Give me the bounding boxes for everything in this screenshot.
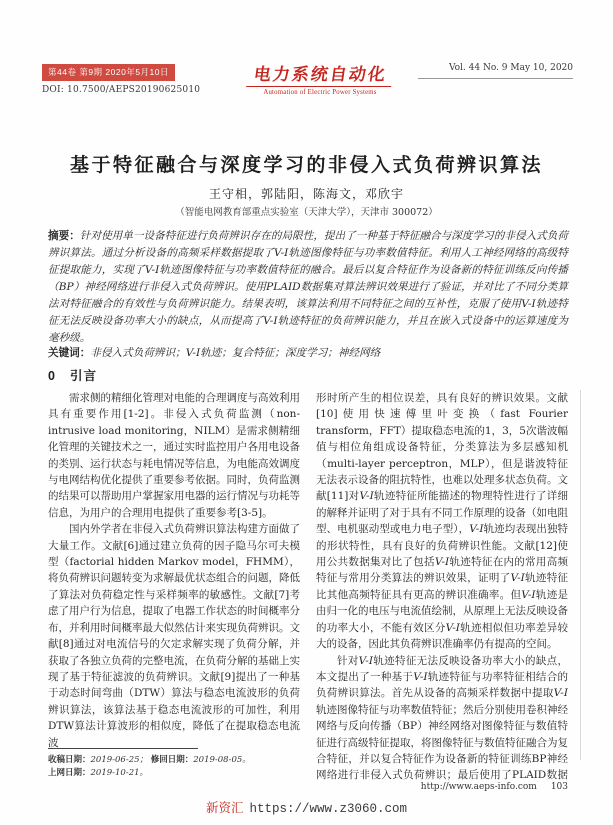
paper-page: 第44卷 第9期 2020年5月10日 DOI: 10.7500/AEPS201… [0,0,613,825]
online-label: 上网日期： [48,768,91,778]
section-number: 0 [48,369,56,383]
section-heading-intro: 0引言 [48,366,97,384]
volume-info: Vol. 44 No. 9 May 10, 2020 [418,63,573,79]
received-label: 收稿日期： [48,755,91,765]
watermark-brand: 新资汇 [206,800,244,815]
keywords-block: 关键词：非侵入式负荷辨识；V-I轨迹；复合特征；深度学习；神经网络 [48,345,568,360]
journal-name-en: Automation of Electric Power Systems [227,89,413,96]
paragraph: 国内外学者在非侵入式负荷辨识算法构建方面做了大量工作。文献[6]通过建立负荷的因… [48,521,300,750]
page-number: 103 [551,782,568,792]
paper-title: 基于特征融合与深度学习的非侵入式负荷辨识算法 [0,150,613,177]
issue-badge: 第44卷 第9期 2020年5月10日 [42,64,175,81]
footnote-dates-line2: 上网日期：2019-10-21。 [48,767,300,780]
online-date: 2019-10-21。 [91,768,149,778]
footnote-rule [48,748,198,749]
right-column: 形时所产生的相位误差，具有良好的辨识效果。文献[10]使用快速傅里叶变换（fas… [316,390,568,785]
scan-edge-line [580,390,581,760]
watermark-url: https://www.z3060.com [249,802,407,816]
journal-header: 第44卷 第9期 2020年5月10日 DOI: 10.7500/AEPS201… [42,60,573,106]
paragraph: 针对V-I轨迹特征无法反映设备功率大小的缺点，本文提出了一种基于V-I轨迹特征与… [316,653,568,786]
doi-text: DOI: 10.7500/AEPS20190625010 [42,85,212,95]
journal-name-cn: 电力系统自动化 [246,60,395,87]
body-columns: 需求侧的精细化管理对电能的合理调度与高效利用具有重要作用[1-2]。非侵入式负荷… [48,390,568,785]
paragraph: 形时所产生的相位误差，具有良好的辨识效果。文献[10]使用快速傅里叶变换（fas… [316,390,568,653]
paragraph: 需求侧的精细化管理对电能的合理调度与高效利用具有重要作用[1-2]。非侵入式负荷… [48,390,300,521]
header-right: Vol. 44 No. 9 May 10, 2020 [418,63,573,79]
section-title: 引言 [70,369,97,383]
page-footer: http://www.aeps-info.com103 [421,782,568,792]
abstract-label: 摘要： [48,230,80,242]
journal-url: http://www.aeps-info.com [421,782,537,792]
left-column: 需求侧的精细化管理对电能的合理调度与高效利用具有重要作用[1-2]。非侵入式负荷… [48,390,300,750]
footnote-dates-line1: 收稿日期：2019-06-25； 修回日期：2019-08-05。 [48,754,300,767]
abstract-text: 针对使用单一设备特征进行负荷辨识存在的局限性，提出了一种基于特征融合与深度学习的… [48,230,568,344]
revised-date: 2019-08-05。 [193,755,251,765]
footnote-block: 收稿日期：2019-06-25； 修回日期：2019-08-05。 上网日期：2… [48,748,300,780]
abstract-block: 摘要：针对使用单一设备特征进行负荷辨识存在的局限性，提出了一种基于特征融合与深度… [48,228,568,347]
keywords-text: 非侵入式负荷辨识；V-I轨迹；复合特征；深度学习；神经网络 [90,347,380,359]
received-date: 2019-06-25； [91,755,149,765]
watermark: 新资汇https://www.z3060.com [0,798,613,816]
keywords-label: 关键词： [48,347,90,359]
journal-logo: 电力系统自动化 Automation of Electric Power Sys… [227,60,413,96]
header-left: 第44卷 第9期 2020年5月10日 DOI: 10.7500/AEPS201… [42,60,212,95]
authors-line: 王守相，郭陆阳，陈海文，邓欣宇 [0,185,613,202]
affiliation-line: （智能电网教育部重点实验室（天津大学），天津市 300072） [0,204,613,218]
revised-label: 修回日期： [151,755,194,765]
